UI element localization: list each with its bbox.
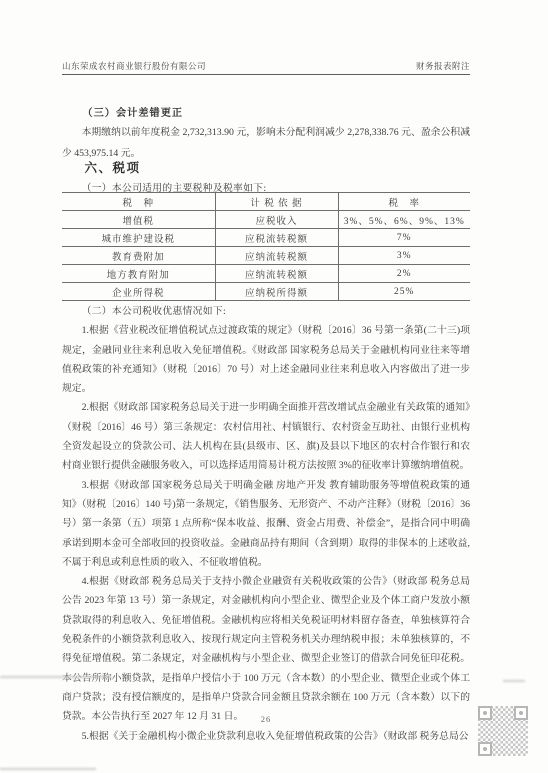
tax-subheading-2: （二）本公司税收优惠情况如下: <box>62 302 470 321</box>
tax-incentive-item: 2.根据《财政部 国家税务总局关于进一步明确全面推开营改增试点金融业有关政策的通… <box>62 398 470 475</box>
table-cell: 教育费附加 <box>62 247 215 265</box>
correction-heading: （三）会计差错更正 <box>62 104 470 119</box>
table-cell: 25% <box>338 283 470 301</box>
table-row: 教育费附加 应纳流转税额 3% <box>62 247 470 265</box>
table-cell: 7% <box>338 229 470 247</box>
table-row: 企业所得税 应纳税所得额 25% <box>62 283 470 301</box>
table-cell: 增值税 <box>62 211 215 229</box>
page-header: 山东荣成农村商业银行股份有限公司 财务报表附注 <box>62 56 470 75</box>
table-cell: 应纳流转税额 <box>215 265 338 283</box>
page-number: 26 <box>62 714 470 724</box>
table-row: 城市维护建设税 应税流转税额 7% <box>62 229 470 247</box>
table-header-cell: 计 税 依 据 <box>215 193 338 211</box>
qr-finder-pattern <box>514 706 528 720</box>
table-cell: 3% <box>338 247 470 265</box>
qr-code-icon <box>478 706 528 756</box>
table-header-row: 税 种 计 税 依 据 税 率 <box>62 193 470 211</box>
tax-rate-table: 税 种 计 税 依 据 税 率 增值税 应税收入 3%、5%、6%、9%、13%… <box>62 192 470 301</box>
table-header-cell: 税 种 <box>62 193 215 211</box>
tax-incentive-item: 5.根据《关于金融机构小微企业贷款利息收入免征增值税政策的公告》（财政部 税务总… <box>62 727 470 746</box>
table-row: 地方教育附加 应纳流转税额 2% <box>62 265 470 283</box>
table-cell: 应税流转税额 <box>215 229 338 247</box>
header-doc-title: 财务报表附注 <box>416 60 470 72</box>
table-cell: 城市维护建设税 <box>62 229 215 247</box>
table-cell: 应纳流转税额 <box>215 247 338 265</box>
tax-incentive-block: （二）本公司税收优惠情况如下: 1.根据《营业税改征增值税试点过渡政策的规定》（… <box>62 302 470 746</box>
table-cell: 3%、5%、6%、9%、13% <box>338 211 470 229</box>
scan-artifact <box>0 768 96 770</box>
table-cell: 企业所得税 <box>62 283 215 301</box>
tax-incentive-item: 1.根据《营业税改征增值税试点过渡政策的规定》（财税〔2016〕36 号第一条第… <box>62 321 470 398</box>
scan-artifact <box>0 676 112 678</box>
table-cell: 应纳税所得额 <box>215 283 338 301</box>
qr-finder-pattern <box>478 742 492 756</box>
tax-incentive-item: 4.根据《财政部 税务总局关于支持小微企业融资有关税收政策的公告》（财政部 税务… <box>62 572 470 726</box>
tax-incentive-item: 3.根据《财政部 国家税务总局关于明确金融 房地产开发 教育辅助服务等增值税政策… <box>62 476 470 572</box>
table-header-cell: 税 率 <box>338 193 470 211</box>
tax-section-heading: 六、税项 <box>62 158 470 176</box>
table-cell: 应税收入 <box>215 211 338 229</box>
qr-finder-pattern <box>478 706 492 720</box>
table-cell: 2% <box>338 265 470 283</box>
header-company-name: 山东荣成农村商业银行股份有限公司 <box>62 60 206 72</box>
scan-artifact <box>503 680 525 682</box>
document-page: 山东荣成农村商业银行股份有限公司 财务报表附注 （三）会计差错更正 本期缴纳以前… <box>0 0 548 773</box>
table-cell: 地方教育附加 <box>62 265 215 283</box>
table-row: 增值税 应税收入 3%、5%、6%、9%、13% <box>62 211 470 229</box>
